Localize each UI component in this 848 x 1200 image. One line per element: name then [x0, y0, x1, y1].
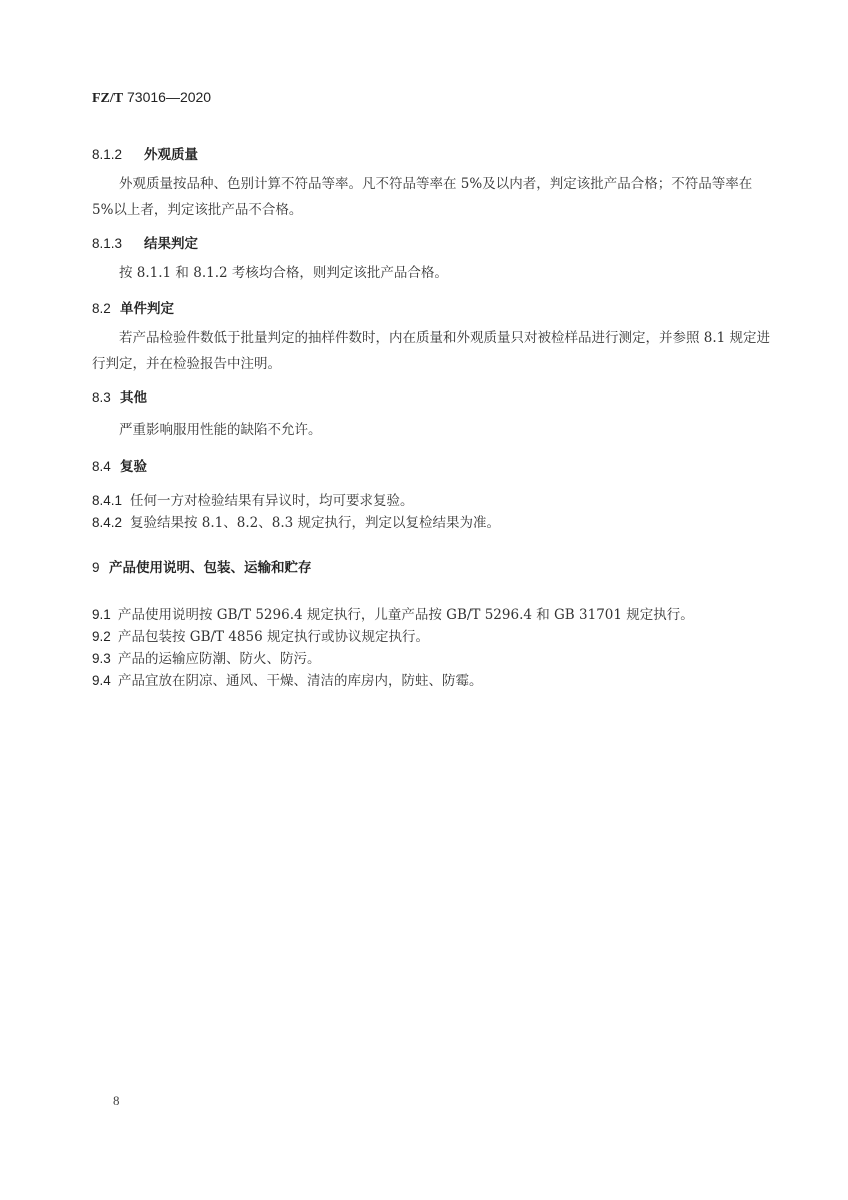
- section-heading-8-1-3: 8.1.3结果判定: [92, 232, 198, 252]
- clause-text: 复验结果按 8.1、8.2、8.3 规定执行，判定以复检结果为准。: [130, 515, 500, 531]
- section-heading-8-1-2: 8.1.2外观质量: [92, 143, 198, 163]
- section-number: 8.4: [92, 459, 120, 474]
- section-number: 8.1.3: [92, 236, 144, 251]
- clause-number: 9.1: [92, 607, 118, 622]
- clause-number: 9.4: [92, 673, 118, 688]
- section-heading-8-3: 8.3其他: [92, 386, 147, 406]
- section-body-8-1-2: 外观质量按品种、色别计算不符品等率。凡不符品等率在 5%及以内者，判定该批产品合…: [92, 171, 772, 223]
- clause-8-4-2: 8.4.2复验结果按 8.1、8.2、8.3 规定执行，判定以复检结果为准。: [92, 511, 500, 531]
- standard-code-number: 73016—2020: [127, 89, 211, 105]
- section-number: 8.1.2: [92, 147, 144, 162]
- chapter-heading-9: 9产品使用说明、包装、运输和贮存: [92, 556, 312, 576]
- clause-8-4-1: 8.4.1任何一方对检验结果有异议时，均可要求复验。: [92, 489, 414, 509]
- clause-text: 产品使用说明按 GB/T 5296.4 规定执行，儿童产品按 GB/T 5296…: [118, 607, 694, 623]
- standard-code-prefix: FZ/T: [92, 91, 123, 106]
- section-heading-8-2: 8.2单件判定: [92, 297, 174, 317]
- chapter-title: 产品使用说明、包装、运输和贮存: [109, 560, 312, 576]
- section-title: 单件判定: [120, 301, 174, 317]
- chapter-number: 9: [92, 560, 109, 575]
- clause-text: 任何一方对检验结果有异议时，均可要求复验。: [130, 493, 414, 509]
- clause-number: 8.4.2: [92, 515, 130, 530]
- clause-text: 产品包装按 GB/T 4856 规定执行或协议规定执行。: [118, 629, 429, 645]
- clause-9-3: 9.3产品的运输应防潮、防火、防污。: [92, 647, 321, 667]
- clause-number: 9.2: [92, 629, 118, 644]
- clause-text: 产品宜放在阴凉、通风、干燥、清洁的库房内，防蛀、防霉。: [118, 673, 483, 689]
- section-title: 其他: [120, 390, 147, 406]
- section-number: 8.3: [92, 390, 120, 405]
- section-heading-8-4: 8.4复验: [92, 455, 147, 475]
- section-title: 复验: [120, 459, 147, 475]
- section-title: 结果判定: [144, 236, 198, 252]
- section-number: 8.2: [92, 301, 120, 316]
- page-number: 8: [113, 1093, 120, 1109]
- clause-9-4: 9.4产品宜放在阴凉、通风、干燥、清洁的库房内，防蛀、防霉。: [92, 669, 483, 689]
- document-page: FZ/T 73016—2020 8.1.2外观质量 外观质量按品种、色别计算不符…: [0, 0, 848, 1200]
- section-body-8-1-3: 按 8.1.1 和 8.1.2 考核均合格，则判定该批产品合格。: [92, 260, 772, 286]
- clause-number: 9.3: [92, 651, 118, 666]
- section-title: 外观质量: [144, 147, 198, 163]
- section-body-8-3: 严重影响服用性能的缺陷不允许。: [92, 417, 772, 443]
- clause-9-1: 9.1产品使用说明按 GB/T 5296.4 规定执行，儿童产品按 GB/T 5…: [92, 603, 694, 623]
- section-body-8-2: 若产品检验件数低于批量判定的抽样件数时，内在质量和外观质量只对被检样品进行测定，…: [92, 325, 772, 377]
- standard-code-header: FZ/T 73016—2020: [92, 89, 211, 107]
- clause-number: 8.4.1: [92, 493, 130, 508]
- clause-9-2: 9.2产品包装按 GB/T 4856 规定执行或协议规定执行。: [92, 625, 429, 645]
- clause-text: 产品的运输应防潮、防火、防污。: [118, 651, 321, 667]
